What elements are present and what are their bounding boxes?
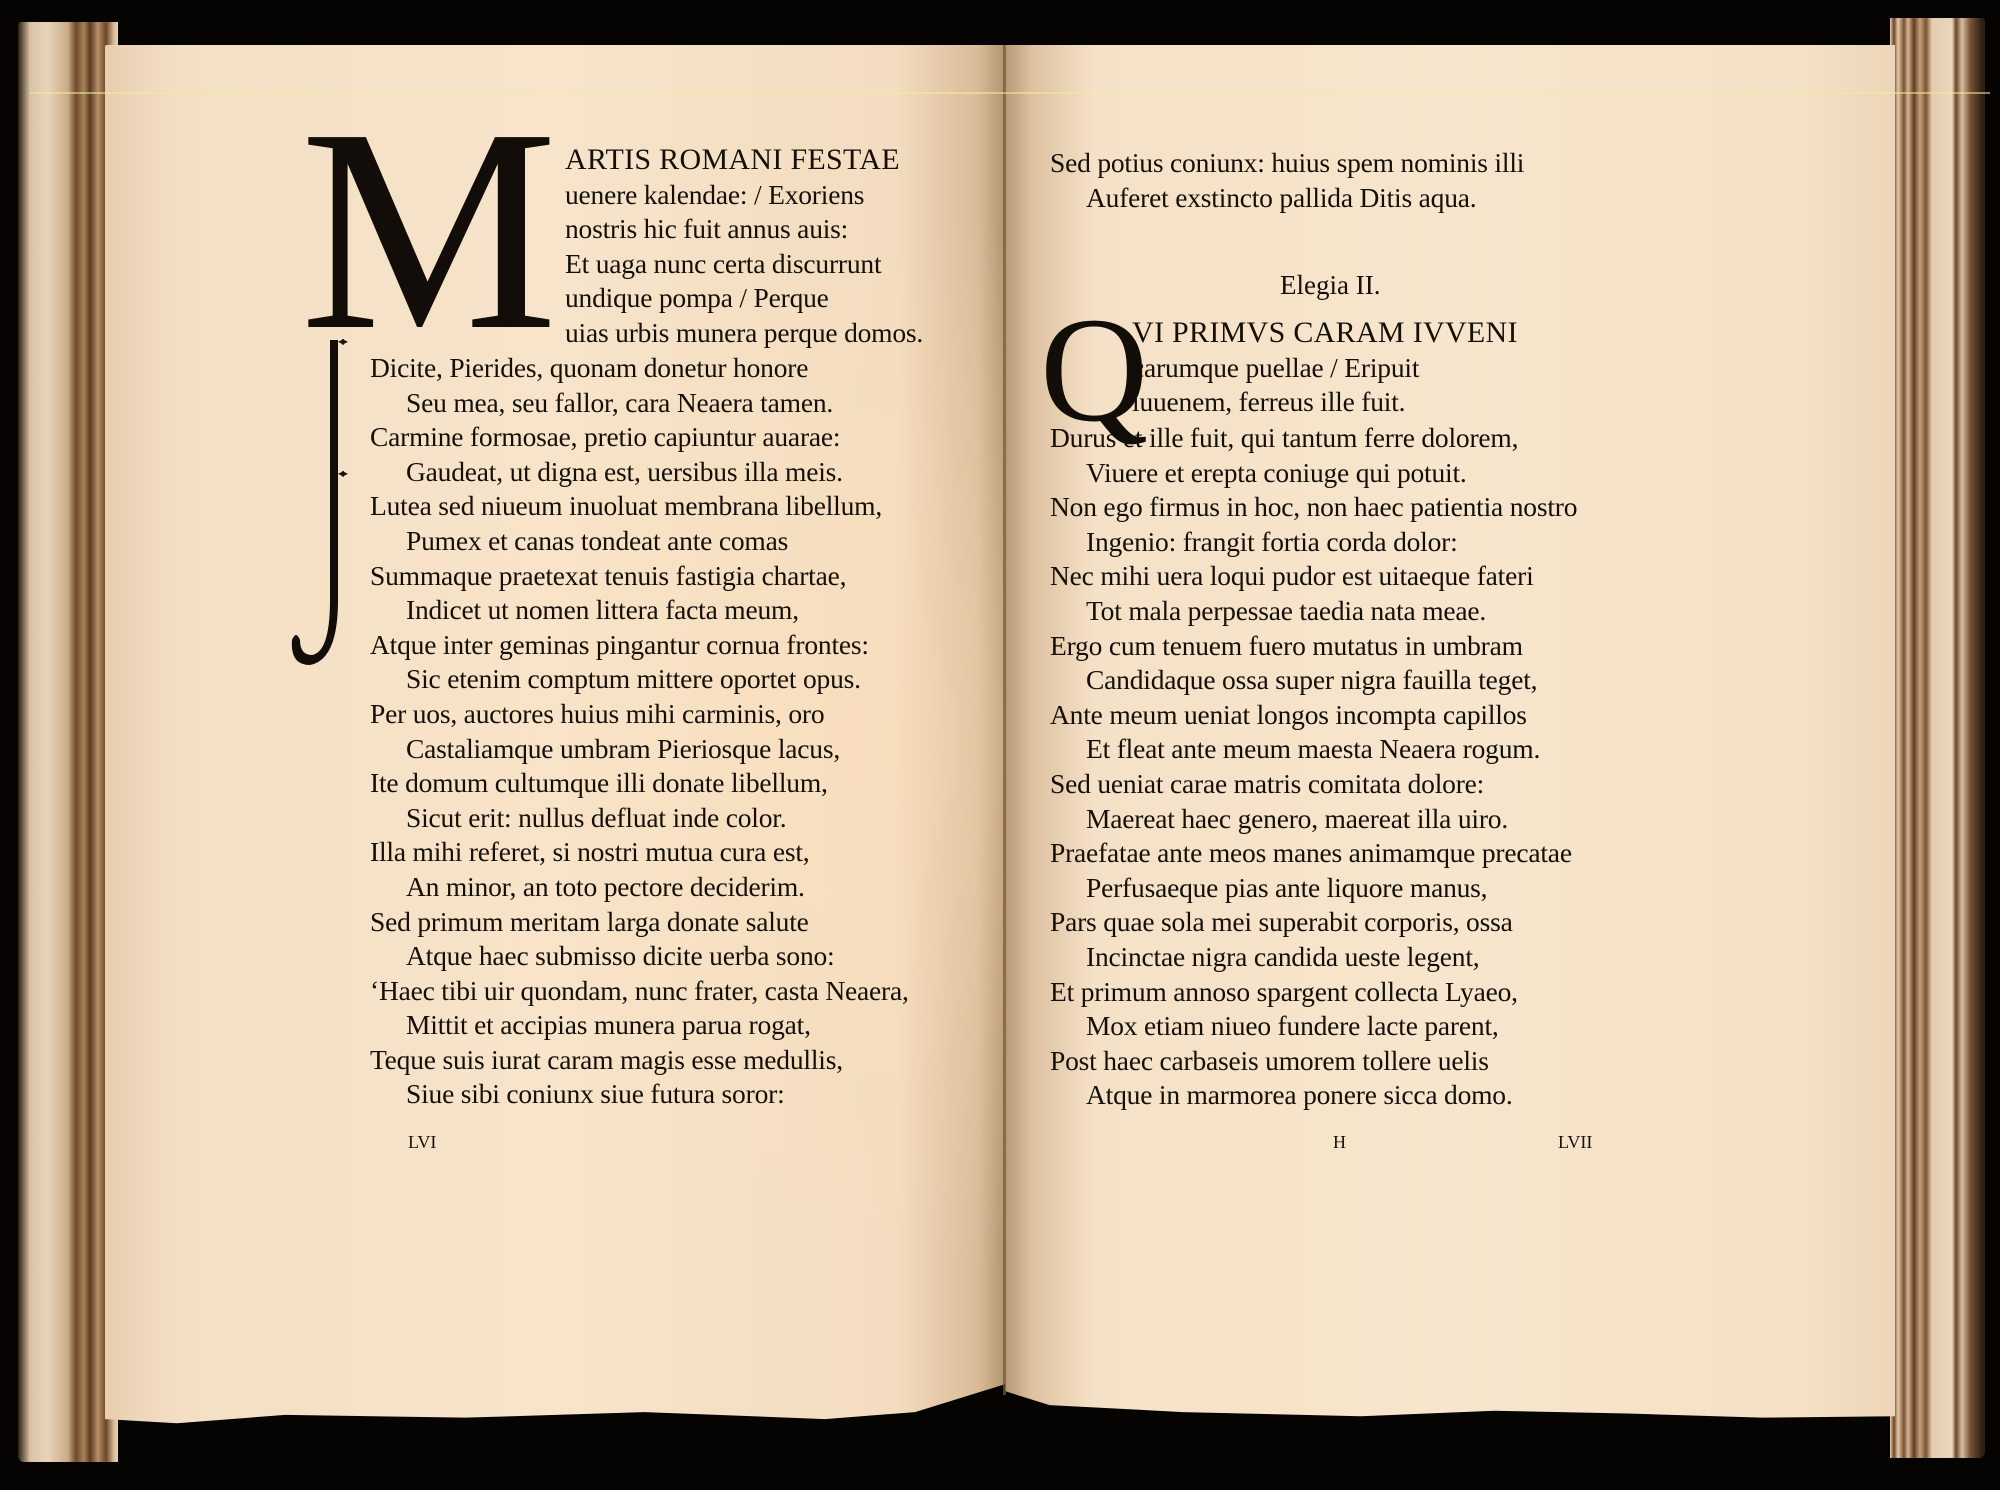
paragraph-marker: ◂▸ — [338, 334, 346, 349]
verse-line: Durus et ille fuit, qui tantum ferre dol… — [1050, 421, 1577, 456]
verse-line: Sicut erit: nullus defluat inde color. — [370, 801, 909, 836]
verse-line: Atque haec submisso dicite uerba sono: — [370, 939, 909, 974]
verse-line: Sed ueniat carae matris comitata dolore: — [1050, 767, 1577, 802]
verse-line: Ante meum ueniat longos incompta capillo… — [1050, 698, 1577, 733]
dropcap-m: M — [300, 100, 558, 360]
verse-line: Pars quae sola mei superabit corporis, o… — [1050, 905, 1577, 940]
elegy-heading: Elegia II. — [1280, 270, 1380, 301]
dropcap-flourish — [290, 340, 350, 670]
verse-line: Illa mihi referet, si nostri mutua cura … — [370, 835, 909, 870]
left-folio: lvi — [408, 1125, 436, 1155]
verse-line: Siue sibi coniunx siue futura soror: — [370, 1077, 909, 1112]
verse-line: Indicet ut nomen littera facta meum, — [370, 593, 909, 628]
verse-line: Teque suis iurat caram magis esse medull… — [370, 1043, 909, 1078]
verse-line: iuuenem, ferreus ille fuit. — [1132, 385, 1518, 420]
verse-line: Et uaga nunc certa discurrunt — [565, 247, 923, 282]
verse-line: Ite domum cultumque illi donate libellum… — [370, 766, 909, 801]
verse-line: Sic etenim comptum mittere oportet opus. — [370, 662, 909, 697]
verse-line: Carmine formosae, pretio capiuntur auara… — [370, 420, 909, 455]
verse-line: Castaliamque umbram Pieriosque lacus, — [370, 732, 909, 767]
verse-line: Et primum annoso spargent collecta Lyaeo… — [1050, 975, 1577, 1010]
verse-line: uenere kalendae: / Exoriens — [565, 178, 923, 213]
open-book: M ◂▸ ◂▸ ARTIS ROMANI FESTAE uenere kalen… — [0, 0, 2000, 1490]
right-page-stack — [1890, 18, 1985, 1458]
right-opening-block: VI PRIMVS CARAM IVVENI carumque puellae … — [1132, 316, 1518, 420]
verse-line: Pumex et canas tondeat ante comas — [370, 524, 909, 559]
verse-line: Sed primum meritam larga donate salute — [370, 905, 909, 940]
left-verse-block: Dicite, Pierides, quonam donetur honore … — [370, 351, 909, 1112]
opening-caps: VI PRIMVS CARAM IVVENI — [1132, 316, 1518, 351]
right-folio: lvii — [1558, 1125, 1592, 1155]
verse-line: Summaque praetexat tenuis fastigia chart… — [370, 559, 909, 594]
verse-line: Per uos, auctores huius mihi carminis, o… — [370, 697, 909, 732]
opening-caps: ARTIS ROMANI FESTAE — [565, 143, 923, 178]
verse-line: Et fleat ante meum maesta Neaera rogum. — [1050, 732, 1577, 767]
verse-line: Mittit et accipias munera parua rogat, — [370, 1008, 909, 1043]
verse-line: Non ego firmus in hoc, non haec patienti… — [1050, 490, 1577, 525]
verse-line: Gaudeat, ut digna est, uersibus illa mei… — [370, 455, 909, 490]
verse-line: carumque puellae / Eripuit — [1132, 351, 1518, 386]
verse-line: Ergo cum tenuem fuero mutatus in umbram — [1050, 629, 1577, 664]
verse-line: Maereat haec genero, maereat illa uiro. — [1050, 802, 1577, 837]
paragraph-marker: ◂▸ — [338, 466, 346, 481]
verse-line: ‘Haec tibi uir quondam, nunc frater, cas… — [370, 974, 909, 1009]
left-opening-block: ARTIS ROMANI FESTAE uenere kalendae: / E… — [565, 143, 923, 351]
verse-line: Ingenio: frangit fortia corda dolor: — [1050, 525, 1577, 560]
verse-line: Praefatae ante meos manes animamque prec… — [1050, 836, 1577, 871]
verse-line: undique pompa / Perque — [565, 281, 923, 316]
book-gutter — [1003, 45, 1006, 1395]
verse-line: Incinctae nigra candida ueste legent, — [1050, 940, 1577, 975]
verse-line: Tot mala perpessae taedia nata meae. — [1050, 594, 1577, 629]
verse-line: Perfusaeque pias ante liquore manus, — [1050, 871, 1577, 906]
verse-line: An minor, an toto pectore deciderim. — [370, 870, 909, 905]
verse-line: Auferet exstincto pallida Ditis aqua. — [1050, 181, 1524, 216]
verse-line: uias urbis munera perque domos. — [565, 316, 923, 351]
verse-line: Post haec carbaseis umorem tollere uelis — [1050, 1044, 1577, 1079]
left-page-stack — [18, 22, 118, 1462]
verse-line: Viuere et erepta coniuge qui potuit. — [1050, 456, 1577, 491]
verse-line: Lutea sed niueum inuoluat membrana libel… — [370, 489, 909, 524]
verse-line: Dicite, Pierides, quonam donetur honore — [370, 351, 909, 386]
verse-line: Atque inter geminas pingantur cornua fro… — [370, 628, 909, 663]
signature-mark: h — [1333, 1125, 1346, 1155]
verse-line: nostris hic fuit annus auis: — [565, 212, 923, 247]
verse-line: Candidaque ossa super nigra fauilla tege… — [1050, 663, 1577, 698]
verse-line: Atque in marmorea ponere sicca domo. — [1050, 1078, 1577, 1113]
verse-line: Nec mihi uera loqui pudor est uitaeque f… — [1050, 559, 1577, 594]
verse-line: Seu mea, seu fallor, cara Neaera tamen. — [370, 386, 909, 421]
right-top-block: Sed potius coniunx: huius spem nominis i… — [1050, 146, 1524, 215]
right-verse-block: Durus et ille fuit, qui tantum ferre dol… — [1050, 421, 1577, 1113]
verse-line: Sed potius coniunx: huius spem nominis i… — [1050, 146, 1524, 181]
verse-line: Mox etiam niueo fundere lacte parent, — [1050, 1009, 1577, 1044]
